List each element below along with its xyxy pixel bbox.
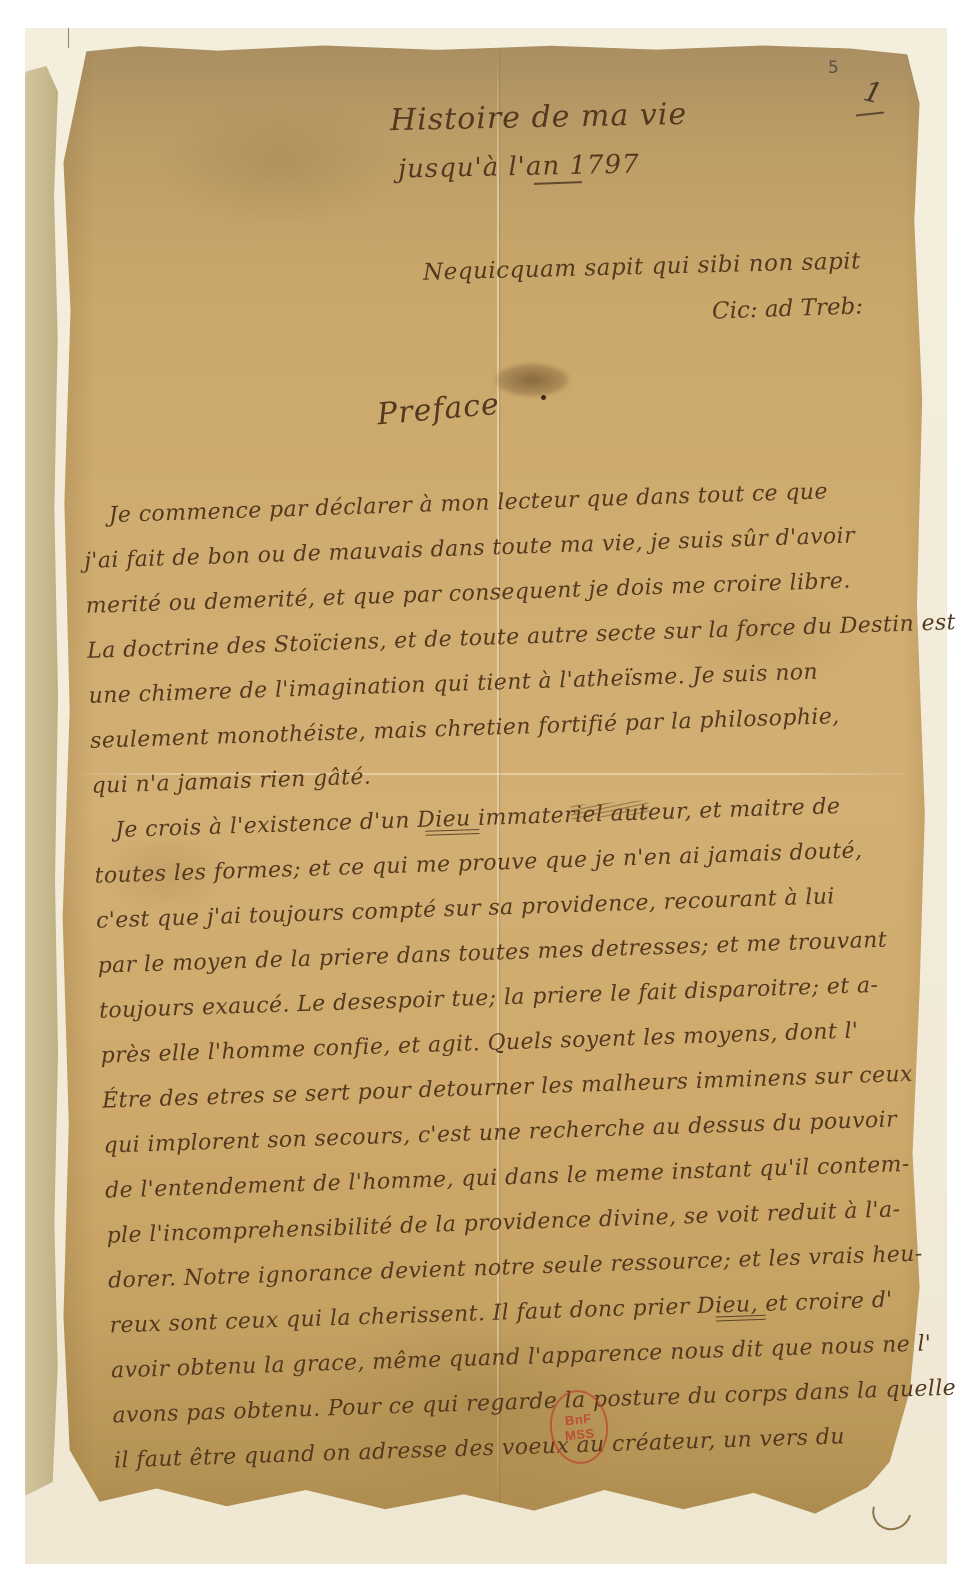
ink-dot	[541, 395, 546, 400]
manuscript-title-line1: Histoire de ma vie	[390, 97, 688, 138]
manuscript-title-line2: jusqu'à l'an 1797	[398, 149, 640, 184]
binding-thread	[68, 28, 69, 48]
manuscript-body: Je commence par déclarer à mon lecteur q…	[82, 466, 954, 1483]
manuscript-scan-viewer: 5 1 Histoire de ma vie jusqu'à l'an 1797…	[0, 0, 973, 1592]
adjacent-page-edge	[25, 66, 58, 1496]
stamp-line2: MSS	[564, 1425, 595, 1443]
ink-blot	[494, 363, 570, 397]
printed-page-number: 5	[828, 58, 840, 78]
epigraph-attribution: Cic: ad Treb:	[712, 293, 864, 324]
